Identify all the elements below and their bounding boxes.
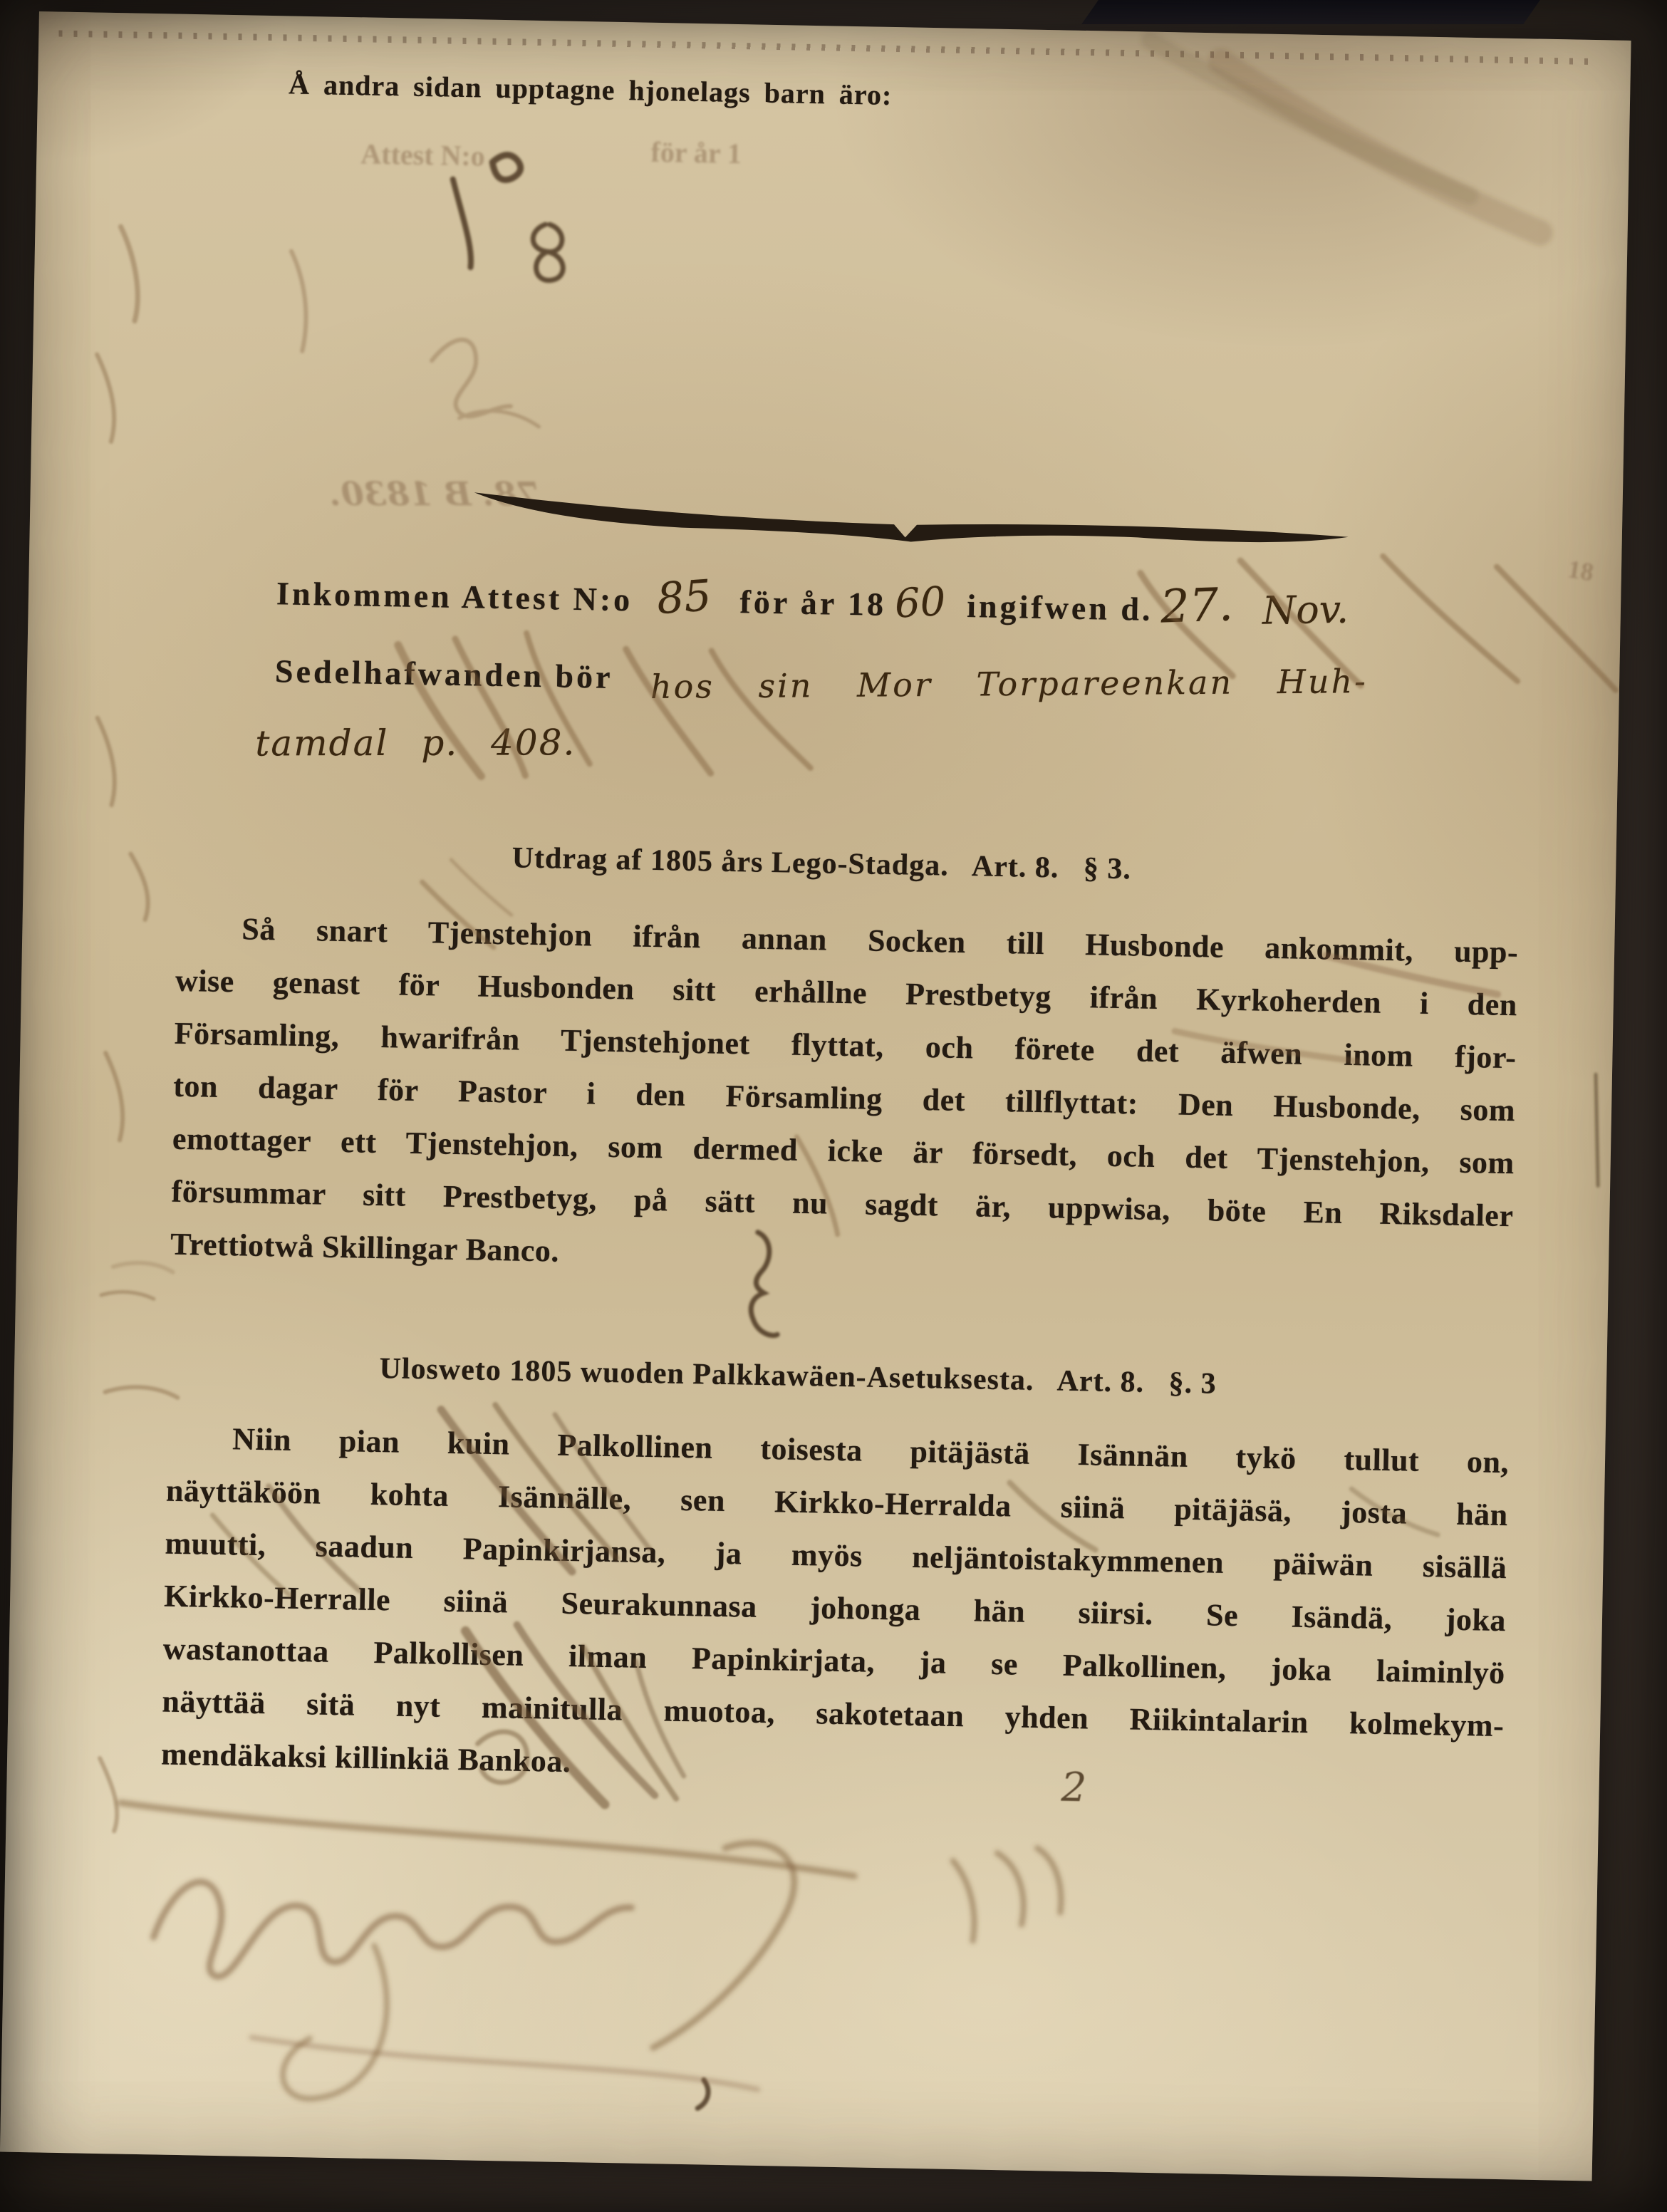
bleedthrough-text-year: för år 1 — [650, 135, 742, 170]
backdrop-dark-object — [1081, 0, 1540, 24]
finnish-extract-heading: Ulosweto 1805 wuoden Palkkawäen-Asetukse… — [192, 1348, 1404, 1404]
swedish-extract-heading: Utdrag af 1805 års Lego-Stadga. Art. 8. … — [266, 836, 1378, 891]
swedish-extract-paragraph: Så snart Tjenstehjon ifrån annan Socken … — [170, 902, 1519, 1295]
attest-printed-year: för år 18 — [739, 583, 886, 623]
bearer-handwritten-line1: hos sin Mor Torpareenkan Huh- — [650, 662, 1367, 706]
attest-printed-prefix: Inkommen Attest N:o — [276, 574, 633, 618]
bearer-handwritten-line2: tamdal p. 408. — [255, 722, 576, 764]
perforation-edge — [58, 31, 1597, 66]
bleedthrough-margin-numeral: 18 — [1566, 554, 1596, 587]
attest-number-handwritten: 85 — [655, 571, 713, 624]
photo-of-archival-document: Å andra sidan upptagne hjonelags barn är… — [0, 0, 1667, 2212]
page-header: Å andra sidan upptagne hjonelags barn är… — [289, 67, 893, 112]
document-paper: Å andra sidan upptagne hjonelags barn är… — [0, 11, 1631, 2181]
attest-month-handwritten: Nov. — [1262, 587, 1349, 633]
bleedthrough-text-attest: Attest N:o — [360, 137, 485, 172]
attest-line: Inkommen Attest N:o 85 för år 18 60 ingi… — [276, 563, 1350, 635]
bearer-printed-label: Sedelhafwanden bör — [275, 652, 613, 696]
attest-day-handwritten: 27. — [1159, 578, 1233, 633]
attest-year-handwritten: 60 — [893, 578, 947, 628]
bearer-line: Sedelhafwanden bör hos sin Mor Torpareen… — [275, 651, 1368, 710]
attest-printed-submitted: ingifwen d. — [967, 587, 1153, 628]
swelled-rule-divider — [467, 481, 1359, 561]
finnish-extract-paragraph: Niin pian kuin Palkollinen toisesta pitä… — [161, 1412, 1510, 1805]
